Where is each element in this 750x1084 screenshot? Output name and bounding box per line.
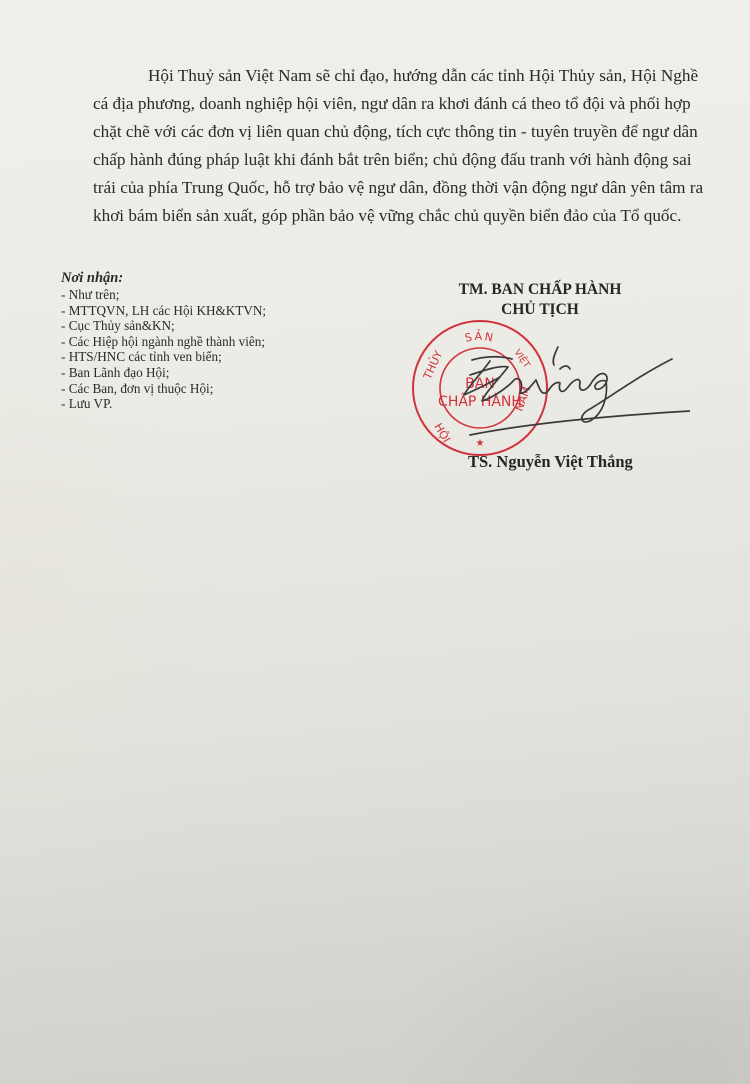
recipient-item: - Các Ban, đơn vị thuộc Hội;: [61, 381, 266, 397]
recipient-item: - MTTQVN, LH các Hội KH&KTVN;: [61, 303, 266, 319]
signer-name: TS. Nguyễn Việt Thắng: [468, 452, 633, 472]
body-line: chấp hành đúng pháp luật khi đánh bắt tr…: [93, 146, 665, 174]
body-paragraph: Hội Thuỷ sản Việt Nam sẽ chỉ đạo, hướng …: [93, 62, 665, 230]
body-line: khơi bám biển sản xuất, góp phần bảo vệ …: [93, 202, 665, 230]
recipient-item: - Như trên;: [61, 287, 266, 303]
recipients-title: Nơi nhận:: [61, 270, 266, 287]
recipient-item: - Ban Lãnh đạo Hội;: [61, 365, 266, 381]
position-label: CHỦ TỊCH: [420, 300, 660, 320]
recipients-list: - Như trên; - MTTQVN, LH các Hội KH&KTVN…: [61, 287, 266, 412]
body-line: trái của phía Trung Quốc, hỗ trợ bảo vệ …: [93, 174, 665, 202]
body-line: chặt chẽ với các đơn vị liên quan chủ độ…: [93, 118, 665, 146]
recipient-item: - Các Hiệp hội ngành nghề thành viên;: [61, 334, 266, 350]
body-line: Hội Thuỷ sản Việt Nam sẽ chỉ đạo, hướng …: [93, 62, 665, 90]
recipients-block: Nơi nhận: - Như trên; - MTTQVN, LH các H…: [61, 270, 266, 412]
on-behalf-label: TM. BAN CHẤP HÀNH: [420, 280, 660, 300]
recipient-item: - Cục Thủy sản&KN;: [61, 318, 266, 334]
recipient-item: - HTS/HNC các tỉnh ven biển;: [61, 349, 266, 365]
signature-heading: TM. BAN CHẤP HÀNH CHỦ TỊCH: [420, 280, 660, 320]
handwritten-signature: [440, 325, 690, 455]
body-line: cá địa phương, doanh nghiệp hội viên, ng…: [93, 90, 665, 118]
recipient-item: - Lưu VP.: [61, 396, 266, 412]
